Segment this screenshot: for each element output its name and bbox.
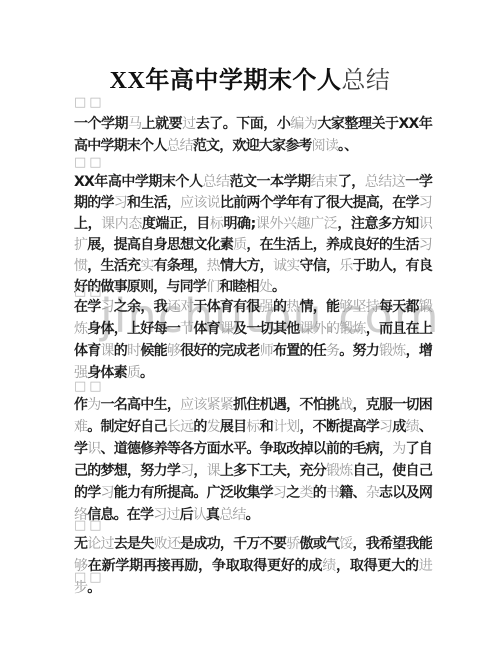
body-text: 一个学期 [74, 116, 128, 132]
fallback-glyph-text: 课内态 [101, 216, 142, 232]
body-text: 有条理， [154, 258, 207, 274]
document-page: jinchutou.com XX年高中学期末个人总结 □□一个学期马上就要过去了… [0, 0, 500, 648]
body-text: 上就要 [142, 116, 183, 132]
body-text: 傲或气 [299, 536, 339, 552]
fallback-glyph-text: 课 [101, 343, 114, 359]
fallback-glyph-text: 课 [220, 321, 233, 337]
body-text: 之 [286, 485, 299, 501]
fallback-glyph-text: 习 [180, 463, 193, 479]
body-text: 一名高中生， [101, 397, 181, 413]
body-text: 的 [313, 485, 326, 501]
body-text: ，生活充 [87, 258, 140, 274]
body-text: 。、 [338, 138, 357, 154]
fallback-glyph-text: 习 [273, 485, 286, 501]
body-text: ， [193, 463, 206, 479]
body-text: 无 [74, 536, 87, 552]
body-text: 范文一本学期 [230, 174, 311, 190]
fallback-glyph-text: 马 [128, 116, 142, 132]
fallback-glyph-text: 骄 [286, 536, 299, 552]
fallback-glyph-text: 识 [87, 441, 100, 457]
body-text: XX年高中学期末个人 [74, 174, 202, 190]
fallback-glyph-text: 习 [379, 419, 392, 435]
fallback-glyph-text: 乐 [339, 258, 352, 274]
fallback-glyph-text: 够坚持 [339, 299, 379, 315]
fallback-glyph-text: 应该说 [180, 195, 220, 211]
fallback-glyph-text: 习 [101, 299, 114, 315]
fallback-glyph-text: 为 [87, 397, 100, 413]
fallback-glyph-text: 长远 [167, 419, 194, 435]
body-text: 范文，欢迎大家参考 [193, 138, 312, 154]
fallback-glyph-text: 热 [207, 258, 220, 274]
missing-glyph-marker: □□ [74, 519, 432, 532]
fallback-glyph-text: 强 [260, 299, 273, 315]
fallback-glyph-text: 诚实 [273, 258, 300, 274]
body-text: ，克服一切困 [353, 397, 433, 413]
fallback-glyph-text: 应该紧紧 [180, 397, 233, 413]
missing-glyph-marker: □□ [74, 96, 432, 109]
fallback-glyph-text: 计划 [273, 419, 300, 435]
body-text: 于体育有很 [193, 299, 259, 315]
body-text: 展，提高自身思想文化素 [87, 237, 233, 253]
body-text: 展目 [220, 419, 247, 435]
body-text: 明确; [223, 216, 255, 232]
paragraph: XX年高中学期末个人总结范文一本学期结束了，总结这一学期的学习和生活，应该说比前… [74, 172, 432, 298]
fallback-glyph-text: 总结这 [365, 174, 406, 190]
document-body: □□一个学期马上就要过去了。下面，小编为大家整理关于XX年高中学期末个人总结范文… [0, 0, 500, 648]
body-text: 抓住机遇，不怕挑 [233, 397, 339, 413]
body-text: 能力有所提高。广泛收集学 [114, 485, 273, 501]
fallback-glyph-text: 课外兴趣广泛 [255, 216, 337, 232]
fallback-glyph-text: 杂 [366, 485, 379, 501]
fallback-glyph-text: 热 [286, 299, 299, 315]
fallback-glyph-text: 总结 [202, 174, 229, 190]
body-text: 去了。下面， [196, 116, 277, 132]
body-text: 了， [338, 174, 365, 190]
body-text: 和 [260, 419, 273, 435]
fallback-glyph-text: 课外的锻炼 [299, 321, 365, 337]
fallback-glyph-text: 质 [127, 365, 140, 381]
fallback-glyph-text: 结束 [311, 174, 338, 190]
fallback-glyph-text: 习 [101, 485, 114, 501]
fallback-glyph-text: 馁 [339, 536, 352, 552]
fallback-glyph-text: 绩 [406, 419, 419, 435]
body-text: 去是失 [114, 536, 154, 552]
fallback-glyph-text: 实 [140, 258, 153, 274]
body-text: 很好的完成老 [180, 343, 260, 359]
fallback-glyph-text: 质 [233, 237, 246, 253]
body-text: 上多下工夫，充分 [220, 463, 326, 479]
fallback-glyph-text: 节 [180, 321, 193, 337]
paragraph: 作为一名高中生，应该紧紧抓住机遇，不怕挑战，克服一切困难。制定好自己长远的发展目… [74, 394, 432, 526]
fallback-glyph-text: 类 [299, 485, 312, 501]
body-text: 情，能 [299, 299, 339, 315]
body-text: 情大方， [220, 258, 273, 274]
missing-glyph-marker: □□ [74, 156, 432, 169]
body-text: 。制定好自己 [87, 419, 167, 435]
body-text: 度端正，目 [142, 216, 210, 232]
fallback-glyph-text: 编为 [290, 116, 317, 132]
fallback-glyph-text: 锻炼 [379, 343, 406, 359]
body-text: 是成功，千万不要 [180, 536, 286, 552]
missing-glyph-marker: □□ [74, 571, 432, 584]
fallback-glyph-text: 败还 [154, 536, 181, 552]
body-text: 布置的任 [273, 343, 326, 359]
body-text: 之余，我 [114, 299, 167, 315]
body-text: 身体，上好每一 [87, 321, 180, 337]
body-text: ，增 [406, 343, 432, 359]
body-text: 。努力 [339, 343, 379, 359]
fallback-glyph-text: 习 [114, 195, 127, 211]
body-text: 及一切其他 [233, 321, 299, 337]
fallback-glyph-text: 过 [182, 116, 196, 132]
fallback-glyph-text: 锻炼 [326, 463, 353, 479]
body-text: 的 [193, 419, 206, 435]
body-text: 比前两个学年有了很大提高，在学 [220, 195, 419, 211]
paragraph: 在学习之余，我还对于体育有很强的热情，能够坚持每天都锻炼身体，上好每一节体育课及… [74, 296, 432, 384]
fallback-glyph-text: 发 [207, 419, 220, 435]
paragraph: 一个学期马上就要过去了。下面，小编为大家整理关于XX年高中学期末个人总结范文，欢… [74, 113, 432, 157]
body-text: ，我希望我能 [353, 536, 433, 552]
fallback-glyph-text: 阅读 [312, 138, 338, 154]
body-text: 的 [114, 343, 127, 359]
paragraph: 无论过去是失败还是成功，千万不要骄傲或气馁，我希望我能够在新学期再接再励，争取取… [74, 533, 432, 599]
fallback-glyph-text: 标 [210, 216, 224, 232]
body-text: 作 [74, 397, 87, 413]
fallback-glyph-text: 书 [326, 485, 339, 501]
body-text: 和生活， [127, 195, 180, 211]
body-text: 成 [392, 419, 405, 435]
body-text: 守信， [299, 258, 339, 274]
fallback-glyph-text: 课 [207, 463, 220, 479]
body-text: 籍、 [339, 485, 366, 501]
fallback-glyph-text: 难 [74, 419, 87, 435]
fallback-glyph-text: 习 [419, 195, 432, 211]
fallback-glyph-text: 够 [167, 343, 180, 359]
fallback-glyph-text: 论过 [87, 536, 114, 552]
body-text: 上， [74, 216, 101, 232]
fallback-glyph-text: 务 [326, 343, 339, 359]
body-text: 体育 [193, 321, 220, 337]
missing-glyph-marker: □□ [74, 380, 432, 393]
body-text: ，不断提高学 [299, 419, 379, 435]
body-text: 每天都 [379, 299, 419, 315]
fallback-glyph-text: 还对 [167, 299, 194, 315]
body-text: ，注意多方知 [337, 216, 419, 232]
fallback-glyph-text: 为 [392, 441, 405, 457]
fallback-glyph-text: 标 [246, 419, 259, 435]
fallback-glyph-text: 时 [127, 343, 140, 359]
body-text: 小 [277, 116, 291, 132]
body-text: 。 [140, 365, 153, 381]
body-text: 的 [273, 299, 286, 315]
body-text: 在学 [74, 299, 101, 315]
body-text: 、道德修养等各方面水平。争取改掉以前的毛病， [101, 441, 393, 457]
fallback-glyph-text: 战 [339, 397, 352, 413]
body-text: 候能 [140, 343, 167, 359]
body-text: ，在生活上，养成良好的生活 [246, 237, 418, 253]
fallback-glyph-text: 师 [260, 343, 273, 359]
fallback-glyph-text: 总结 [166, 138, 192, 154]
body-text: 志以及网 [379, 485, 432, 501]
